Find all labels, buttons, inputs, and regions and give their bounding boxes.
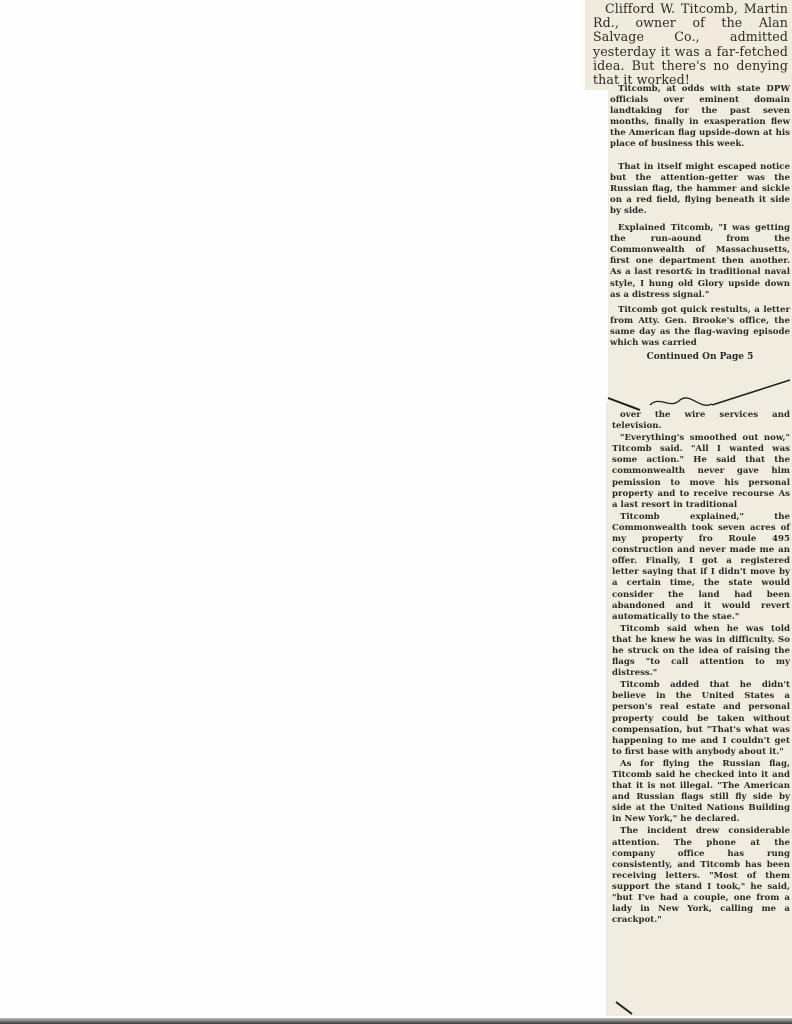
article-paragraph: over the wire services and television.	[612, 410, 790, 432]
article-paragraph: The incident drew considerable attention…	[612, 826, 790, 926]
continued-on-page-label: Continued On Page 5	[610, 351, 790, 363]
scanned-page: Clifford W. Titcomb, Martin Rd., owner o…	[0, 0, 792, 1024]
scanner-edge	[0, 1018, 792, 1024]
article-paragraph: Titcomb added that he didn't believe in …	[612, 680, 790, 758]
clipping-part-one: Titcomb, at odds with state DPW official…	[608, 84, 792, 402]
article-paragraph: Titcomb got quick restults, a letter fro…	[610, 305, 790, 349]
lead-paragraph: Clifford W. Titcomb, Martin Rd., owner o…	[593, 2, 788, 87]
article-paragraph: "Everything's smoothed out now," Titcomb…	[612, 433, 790, 511]
clipping-headline-block: Clifford W. Titcomb, Martin Rd., owner o…	[585, 0, 792, 90]
article-paragraph: Titcomb, at odds with state DPW official…	[610, 84, 790, 151]
article-paragraph: As for flying the Russian flag, Titcomb …	[612, 759, 790, 826]
article-paragraph: That in itself might escaped notice but …	[610, 162, 790, 217]
article-paragraph: Titcomb said when he was told that he kn…	[612, 624, 790, 679]
clipping-part-two: over the wire services and television. "…	[606, 402, 792, 1016]
article-paragraph: Titcomb explained," the Commonwealth too…	[612, 512, 790, 623]
article-paragraph: Explained Titcomb, "I was getting the ru…	[610, 223, 790, 301]
